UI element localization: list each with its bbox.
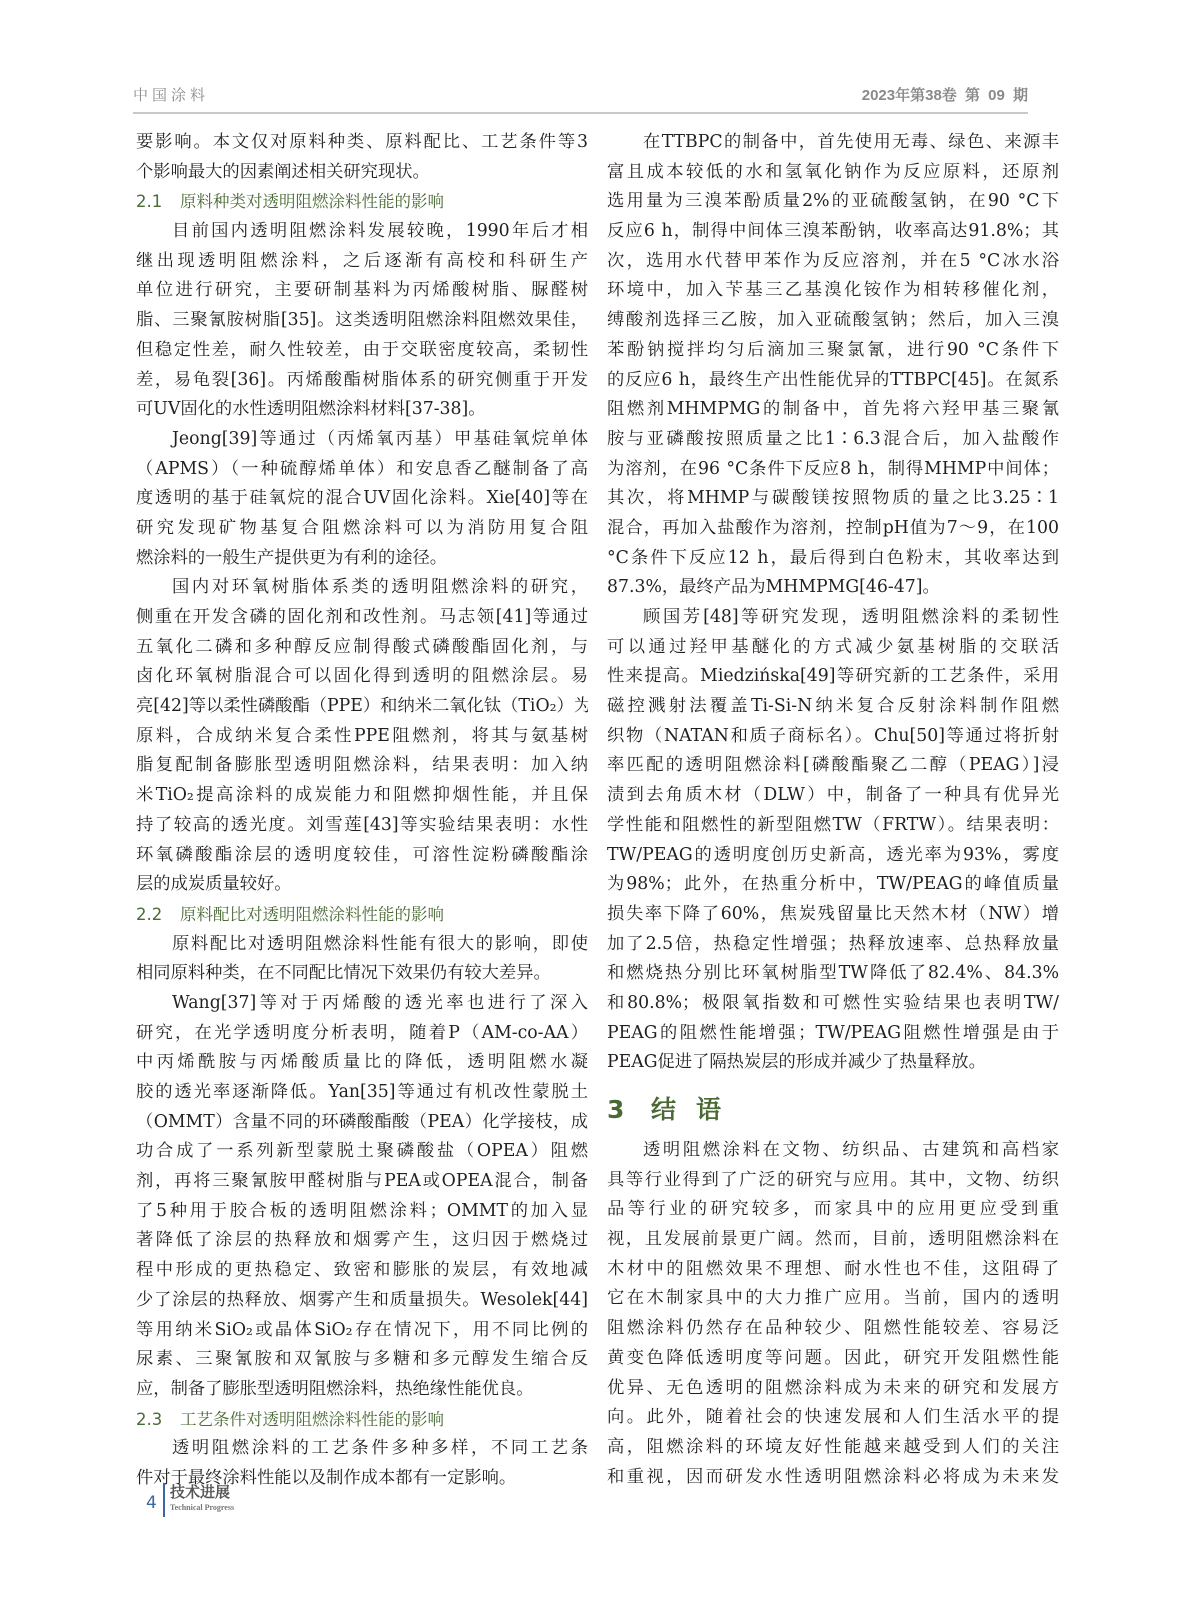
text-line: 要影响。本文仅对原料种类、原料配比、工艺条件等3	[136, 128, 588, 158]
text-line: 相同原料种类，在不同配比情况下效果仍有较大差异。	[136, 959, 588, 989]
paragraph-first-line: Wang[37]等对于丙烯酸的透光率也进行了深入	[136, 989, 588, 1019]
text-line: 单位进行研究，主要研制基料为丙烯酸树脂、脲醛树	[136, 276, 588, 306]
text-line: 等用纳米SiO₂或晶体SiO₂存在情况下，用不同比例的	[136, 1316, 588, 1346]
text-line: 和燃烧热分别比环氧树脂型TW降低了82.4%、84.3%	[607, 959, 1059, 989]
text-line: 和重视，因而研发水性透明阻燃涂料必将成为未来发	[607, 1463, 1059, 1493]
text-line: （OMMT）含量不同的环磷酸酯酸（PEA）化学接枝，成	[136, 1108, 588, 1138]
text-line: 卤化环氧树脂混合可以固化得到透明的阻燃涂层。易	[136, 662, 588, 692]
text-line: 度透明的基于硅氧烷的混合UV固化涂料。Xie[40]等在	[136, 484, 588, 514]
text-line: 研究，在光学透明度分析表明，随着P（AM-co-AA）	[136, 1019, 588, 1049]
chapter-title: 结语	[651, 1095, 741, 1124]
text-line: 少了涂层的热释放、烟雾产生和质量损失。Wesolek[44]	[136, 1286, 588, 1316]
text-line: 率匹配的透明阻燃涂料[磷酸酯聚乙二醇（PEAG）]浸	[607, 751, 1059, 781]
paragraph-first-line: 在TTBPC的制备中，首先使用无毒、绿色、来源丰	[607, 128, 1059, 158]
text-line: PEAG促进了隔热炭层的形成并减少了热量释放。	[607, 1048, 1059, 1078]
text-line: 视，且发展前景更广阔。然而，目前，透明阻燃涂料在	[607, 1225, 1059, 1255]
text-line: 环境中，加入苄基三乙基溴化铵作为相转移催化剂，	[607, 276, 1059, 306]
section-heading: 2.3工艺条件对透明阻燃涂料性能的影响	[136, 1405, 588, 1435]
chapter-number: 3	[607, 1078, 651, 1142]
issue-info: 2023年第38卷 第 09 期	[862, 84, 1028, 105]
paragraph-first-line: 原料配比对透明阻燃涂料性能有很大的影响，即使	[136, 930, 588, 960]
text-line: 燃涂料的一般生产提供更为有利的途径。	[136, 544, 588, 574]
paragraph-first-line: 透明阻燃涂料的工艺条件多种多样，不同工艺条	[136, 1434, 588, 1464]
text-line: 学性能和阻燃性的新型阻燃TW（FRTW）。结果表明：	[607, 811, 1059, 841]
section-number: 2.2	[136, 900, 180, 930]
text-line: 性来提高。Miedzińska[49]等研究新的工艺条件，采用	[607, 662, 1059, 692]
text-line: 程中形成的更热稳定、致密和膨胀的炭层，有效地减	[136, 1256, 588, 1286]
paragraph-first-line: 目前国内透明阻燃涂料发展较晚，1990年后才相	[136, 217, 588, 247]
right-column: 在TTBPC的制备中，首先使用无毒、绿色、来源丰富且成本较低的水和氢氧化钠作为反…	[607, 128, 1059, 1492]
text-line: 中丙烯酰胺与丙烯酸质量比的降低，透明阻燃水凝	[136, 1048, 588, 1078]
text-line: 黄变色降低透明度等问题。因此，研究开发阻燃性能	[607, 1344, 1059, 1374]
text-line: 反应6 h，制得中间体三溴苯酚钠，收率高达91.8%；其	[607, 217, 1059, 247]
text-line: 苯酚钠搅拌均匀后滴加三聚氯氰，进行90 °C条件下	[607, 336, 1059, 366]
text-line: 尿素、三聚氰胺和双氰胺与多糖和多元醇发生缩合反	[136, 1345, 588, 1375]
footer-divider	[163, 1483, 165, 1517]
section-title: 工艺条件对透明阻燃涂料性能的影响	[180, 1410, 444, 1429]
text-line: 选用量为三溴苯酚质量2%的亚硫酸氢钠，在90 °C下	[607, 187, 1059, 217]
text-line: 侧重在开发含磷的固化剂和改性剂。马志领[41]等通过	[136, 603, 588, 633]
text-line: 研究发现矿物基复合阻燃涂料可以为消防用复合阻	[136, 514, 588, 544]
text-line: 混合，再加入盐酸作为溶剂，控制pH值为7～9，在100	[607, 514, 1059, 544]
text-line: 功合成了一系列新型蒙脱土聚磷酸盐（OPEA）阻燃	[136, 1137, 588, 1167]
text-line: 剂，再将三聚氰胺甲醛树脂与PEA或OPEA混合，制备	[136, 1167, 588, 1197]
text-line: 其次，将MHMP与碳酸镁按照物质的量之比3.25∶1	[607, 484, 1059, 514]
text-line: 差，易龟裂[36]。丙烯酸酯树脂体系的研究侧重于开发	[136, 366, 588, 396]
text-line: 的反应6 h，最终生产出性能优异的TTBPC[45]。在氮系	[607, 366, 1059, 396]
text-line: 亮[42]等以柔性磷酸酯（PPE）和纳米二氧化钛（TiO₂）为	[136, 692, 588, 722]
text-line: 了5种用于胶合板的透明阻燃涂料；OMMT的加入显	[136, 1197, 588, 1227]
text-line: 高，阻燃涂料的环境友好性能越来越受到人们的关注	[607, 1433, 1059, 1463]
chapter-heading: 3结语	[607, 1078, 1059, 1136]
text-line: 优异、无色透明的阻燃涂料成为未来的研究和发展方	[607, 1374, 1059, 1404]
text-line: 渍到去角质木材（DLW）中，制备了一种具有优异光	[607, 781, 1059, 811]
text-line: 富且成本较低的水和氢氧化钠作为反应原料，还原剂	[607, 158, 1059, 188]
text-line: 五氧化二磷和多种醇反应制得酸式磷酸酯固化剂，与	[136, 633, 588, 663]
text-line: 缚酸剂选择三乙胺，加入亚硫酸氢钠；然后，加入三溴	[607, 306, 1059, 336]
text-line: 87.3%，最终产品为MHMPMG[46-47]。	[607, 573, 1059, 603]
text-line: 品等行业的研究较多，而家具中的应用更应受到重	[607, 1195, 1059, 1225]
text-line: （APMS）（一种硫醇烯单体）和安息香乙醚制备了高	[136, 455, 588, 485]
text-line: 环氧磷酸酯涂层的透明度较佳，可溶性淀粉磷酸酯涂	[136, 841, 588, 871]
section-heading: 2.1原料种类对透明阻燃涂料性能的影响	[136, 187, 588, 217]
journal-name: 中国涂料	[133, 84, 209, 105]
text-line: 加了2.5倍，热稳定性增强；热释放速率、总热释放量	[607, 930, 1059, 960]
footer-section-en: Technical Progress	[170, 1503, 234, 1512]
text-line: 个影响最大的因素阐述相关研究现状。	[136, 158, 588, 188]
text-line: 可以通过羟甲基醚化的方式减少氨基树脂的交联活	[607, 633, 1059, 663]
text-line: 次，选用水代替甲苯作为反应溶剂，并在5 °C冰水浴	[607, 247, 1059, 277]
section-heading: 2.2原料配比对透明阻燃涂料性能的影响	[136, 900, 588, 930]
text-line: 它在木制家具中的大力推广应用。当前，国内的透明	[607, 1284, 1059, 1314]
text-line: 阻燃剂MHMPMG的制备中，首先将六羟甲基三聚氰	[607, 395, 1059, 425]
text-line: PEAG的阻燃性能增强；TW/PEAG阻燃性增强是由于	[607, 1019, 1059, 1049]
text-line: 脂复配制备膨胀型透明阻燃涂料，结果表明：加入纳	[136, 751, 588, 781]
text-line: 为98%；此外，在热重分析中，TW/PEAG的峰值质量	[607, 870, 1059, 900]
left-column: 要影响。本文仅对原料种类、原料配比、工艺条件等3个影响最大的因素阐述相关研究现状…	[136, 128, 588, 1494]
text-line: 具等行业得到了广泛的研究与应用。其中，文物、纺织	[607, 1166, 1059, 1196]
section-number: 2.1	[136, 187, 180, 217]
footer-section-cn: 技术进展	[170, 1481, 230, 1502]
text-line: 和80.8%；极限氧指数和可燃性实验结果也表明TW/	[607, 989, 1059, 1019]
text-line: 著降低了涂层的热释放和烟雾产生，这归因于燃烧过	[136, 1226, 588, 1256]
text-line: 织物（NATAN和质子商标名）。Chu[50]等通过将折射	[607, 722, 1059, 752]
text-line: 继出现透明阻燃涂料，之后逐渐有高校和科研生产	[136, 247, 588, 277]
running-header: 中国涂料 2023年第38卷 第 09 期	[133, 84, 1028, 114]
text-line: 脂、三聚氰胺树脂[35]。这类透明阻燃涂料阻燃效果佳，	[136, 306, 588, 336]
section-number: 2.3	[136, 1405, 180, 1435]
text-line: 损失率下降了60%，焦炭残留量比天然木材（NW）增	[607, 900, 1059, 930]
page-number: 4	[146, 1493, 157, 1513]
paragraph-first-line: 透明阻燃涂料在文物、纺织品、古建筑和高档家	[607, 1136, 1059, 1166]
text-line: 但稳定性差，耐久性较差，由于交联密度较高，柔韧性	[136, 336, 588, 366]
text-line: 木材中的阻燃效果不理想、耐水性也不佳，这阻碍了	[607, 1255, 1059, 1285]
section-title: 原料种类对透明阻燃涂料性能的影响	[180, 192, 444, 211]
paragraph-first-line: 国内对环氧树脂体系类的透明阻燃涂料的研究，	[136, 573, 588, 603]
section-title: 原料配比对透明阻燃涂料性能的影响	[180, 905, 444, 924]
text-line: 应，制备了膨胀型透明阻燃涂料，热绝缘性能优良。	[136, 1375, 588, 1405]
text-line: 米TiO₂提高涂料的成炭能力和阻燃抑烟性能，并且保	[136, 781, 588, 811]
text-line: 为溶剂，在96 °C条件下反应8 h，制得MHMP中间体；	[607, 455, 1059, 485]
text-line: TW/PEAG的透明度创历史新高，透光率为93%，雾度	[607, 841, 1059, 871]
text-line: 向。此外，随着社会的快速发展和人们生活水平的提	[607, 1403, 1059, 1433]
text-line: 可UV固化的水性透明阻燃涂料材料[37-38]。	[136, 395, 588, 425]
text-line: 胶的透光率逐渐降低。Yan[35]等通过有机改性蒙脱土	[136, 1078, 588, 1108]
text-line: 胺与亚磷酸按照质量之比1∶6.3混合后，加入盐酸作	[607, 425, 1059, 455]
text-line: 阻燃涂料仍然存在品种较少、阻燃性能较差、容易泛	[607, 1314, 1059, 1344]
text-line: 磁控溅射法覆盖Ti-Si-N纳米复合反射涂料制作阻燃	[607, 692, 1059, 722]
text-line: °C条件下反应12 h，最后得到白色粉末，其收率达到	[607, 544, 1059, 574]
paragraph-first-line: 顾国芳[48]等研究发现，透明阻燃涂料的柔韧性	[607, 603, 1059, 633]
text-line: 层的成炭质量较好。	[136, 870, 588, 900]
text-line: 持了较高的透光度。刘雪莲[43]等实验结果表明：水性	[136, 811, 588, 841]
paragraph-first-line: Jeong[39]等通过（丙烯氧丙基）甲基硅氧烷单体	[136, 425, 588, 455]
text-line: 原料，合成纳米复合柔性PPE阻燃剂，将其与氨基树	[136, 722, 588, 752]
